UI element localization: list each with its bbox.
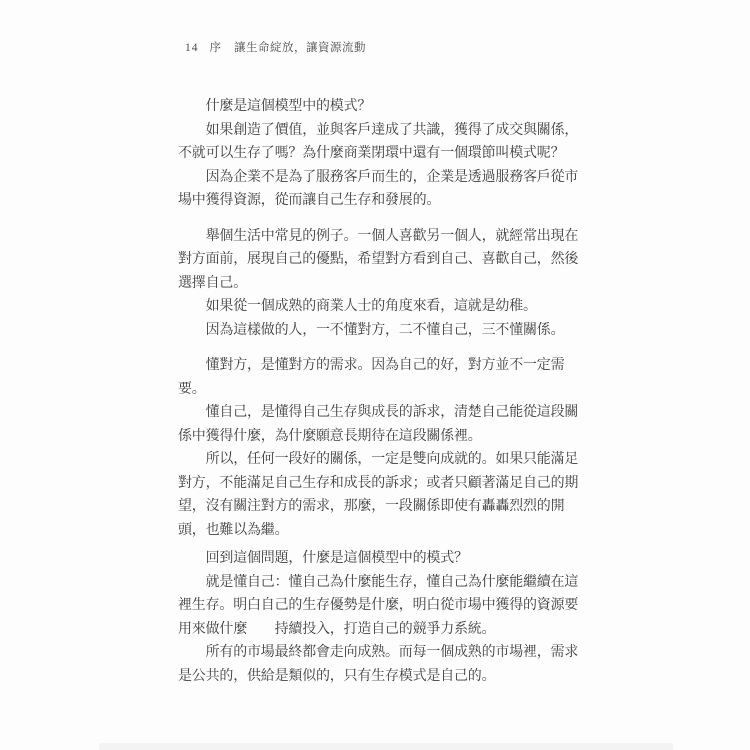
- text-line: 頭，也難以為繼。: [178, 519, 608, 543]
- text-line: 如果創造了價值，並與客戶達成了共識，獲得了成交與關係，: [178, 119, 608, 143]
- text-line: 懂自己，是懂得自己生存與成長的訴求，清楚自己能從這段關: [178, 401, 608, 425]
- text-line: 場中獲得資源，從而讓自己生存和發展的。: [178, 189, 608, 213]
- text-line: 因為企業不是為了服務客戶而生的，企業是透過服務客戶從市: [178, 166, 608, 190]
- text-line: 所有的市場最終都會走向成熟。而每一個成熟的市場裡，需求: [178, 641, 608, 665]
- text-line: 舉個生活中常見的例子。一個人喜歡另一個人，就經常出現在: [178, 225, 608, 249]
- text-line: 係中獲得什麼，為什麼願意長期待在這段關係裡。: [178, 425, 608, 449]
- text-line: 因為這樣做的人，一不懂對方，二不懂自己，三不懂關係。: [178, 319, 608, 343]
- text-line: 裡生存。明白自己的生存優勢是什麼，明白從市場中獲得的資源要: [178, 594, 608, 618]
- paragraph-group: 什麼是這個模型中的模式？ 如果創造了價值，並與客戶達成了共識，獲得了成交與關係，…: [178, 95, 608, 213]
- text-line: 就是懂自己：懂自己為什麼能生存，懂自己為什麼能繼續在這: [178, 571, 608, 595]
- paragraph-group: 回到這個問題，什麼是這個模型中的模式？ 就是懂自己：懂自己為什麼能生存，懂自己為…: [178, 547, 608, 688]
- text-line: 用來做什麼 持續投入，打造自己的競爭力系統。: [178, 618, 608, 642]
- text-line: 對方，不能滿足自己生存和成長的訴求；或者只顧著滿足自己的期: [178, 472, 608, 496]
- paragraph-group: 舉個生活中常見的例子。一個人喜歡另一個人，就經常出現在 對方面前，展現自己的優點…: [178, 225, 608, 343]
- text-line: 如果從一個成熟的商業人士的角度來看，這就是幼稚。: [178, 295, 608, 319]
- page-bottom-edge: [99, 743, 673, 750]
- paragraph-group: 懂對方，是懂對方的需求。因為自己的好，對方並不一定需 要。 懂自己，是懂得自己生…: [178, 354, 608, 542]
- chapter-title: 讓生命綻放，讓資源流動: [234, 42, 366, 54]
- text-line: 懂對方，是懂對方的需求。因為自己的好，對方並不一定需: [178, 354, 608, 378]
- text-line: 要。: [178, 378, 608, 402]
- text-line: 所以，任何一段好的關係，一定是雙向成就的。如果只能滿足: [178, 448, 608, 472]
- text-line: 回到這個問題，什麼是這個模型中的模式？: [178, 547, 608, 571]
- page-header: 14序讓生命綻放，讓資源流動: [185, 39, 366, 55]
- page-number: 14: [185, 42, 199, 54]
- text-line: 望，沒有關注對方的需求，那麼，一段關係即使有轟轟烈烈的開: [178, 495, 608, 519]
- text-line: 選擇自己。: [178, 272, 608, 296]
- body-text-block: 什麼是這個模型中的模式？ 如果創造了價值，並與客戶達成了共識，獲得了成交與關係，…: [178, 95, 608, 688]
- text-line: 不就可以生存了嗎？為什麼商業閉環中還有一個環節叫模式呢？: [178, 142, 608, 166]
- section-label: 序: [210, 42, 222, 54]
- text-line: 是公共的，供給是類似的，只有生存模式是自己的。: [178, 665, 608, 689]
- text-line: 什麼是這個模型中的模式？: [178, 95, 608, 119]
- text-line: 對方面前，展現自己的優點，希望對方看到自己、喜歡自己，然後: [178, 248, 608, 272]
